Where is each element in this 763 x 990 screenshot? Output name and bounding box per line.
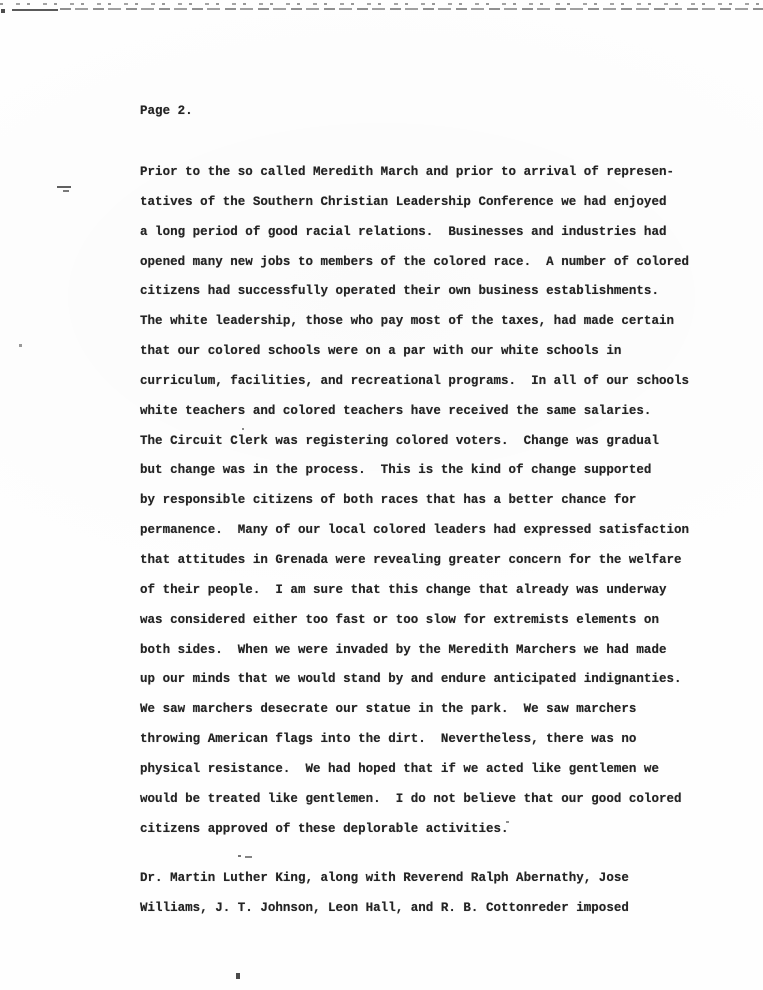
scan-top-edge-speck — [1, 9, 5, 13]
text-line: citizens had successfully operated their… — [140, 277, 689, 307]
scan-speck-left-margin-dot — [19, 344, 22, 347]
body-paragraph-1: Prior to the so called Meredith March an… — [140, 158, 689, 844]
text-line: that our colored schools were on a par w… — [140, 337, 689, 367]
text-line: would be treated like gentlemen. I do no… — [140, 785, 689, 815]
text-line: white teachers and colored teachers have… — [140, 397, 689, 427]
text-line: up our minds that we would stand by and … — [140, 665, 689, 695]
body-paragraph-2: Dr. Martin Luther King, along with Rever… — [140, 863, 629, 923]
scan-speck-between-paragraphs — [238, 855, 241, 857]
scan-top-edge-artifact — [0, 3, 763, 5]
text-line: citizens approved of these deplorable ac… — [140, 815, 689, 845]
scan-speck-between-paragraphs-2 — [245, 856, 252, 858]
text-line: curriculum, facilities, and recreational… — [140, 367, 689, 397]
text-line: physical resistance. We had hoped that i… — [140, 755, 689, 785]
text-line: Prior to the so called Meredith March an… — [140, 158, 689, 188]
text-line: tatives of the Southern Christian Leader… — [140, 188, 689, 218]
text-line: Dr. Martin Luther King, along with Rever… — [140, 863, 629, 893]
scan-speck-midpage-dot — [242, 428, 244, 430]
scan-top-edge-artifact-2 — [60, 8, 763, 10]
text-line: by responsible citizens of both races th… — [140, 486, 689, 516]
text-line: was considered either too fast or too sl… — [140, 606, 689, 636]
scan-speck-right-dot — [506, 821, 509, 823]
text-line: The Circuit Clerk was registering colore… — [140, 427, 689, 457]
scan-speck-left-margin-dash — [57, 186, 71, 188]
text-line: of their people. I am sure that this cha… — [140, 576, 689, 606]
text-line: both sides. When we were invaded by the … — [140, 636, 689, 666]
text-line: The white leadership, those who pay most… — [140, 307, 689, 337]
text-line: opened many new jobs to members of the c… — [140, 248, 689, 278]
page-number-label: Page 2. — [140, 103, 193, 119]
text-line: throwing American flags into the dirt. N… — [140, 725, 689, 755]
text-line: that attitudes in Grenada were revealing… — [140, 546, 689, 576]
text-line: but change was in the process. This is t… — [140, 456, 689, 486]
text-line: permanence. Many of our local colored le… — [140, 516, 689, 546]
text-line: Williams, J. T. Johnson, Leon Hall, and … — [140, 893, 629, 923]
text-line: a long period of good racial relations. … — [140, 218, 689, 248]
text-line: We saw marchers desecrate our statue in … — [140, 695, 689, 725]
scan-top-edge-dark-segment — [12, 9, 58, 11]
scan-speck-bottom — [236, 973, 240, 979]
scan-speck-left-margin-dash-2 — [63, 190, 69, 192]
scanned-document-page: Page 2. Prior to the so called Meredith … — [0, 0, 763, 990]
